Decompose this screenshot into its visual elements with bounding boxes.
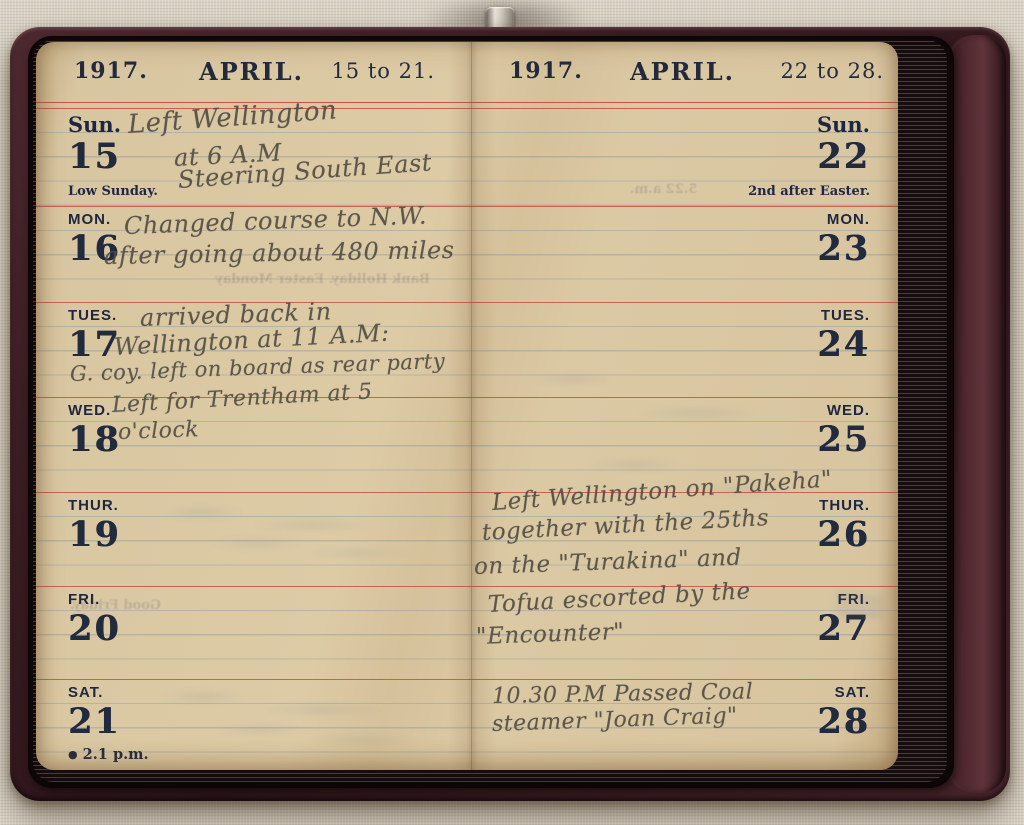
day-number: 20 <box>68 611 121 646</box>
day-abbr: FRI. <box>817 592 870 607</box>
day-abbr: THUR. <box>817 498 870 513</box>
day-number: 21 <box>68 704 121 739</box>
right-page-header: 1917. APRIL. 22 to 28. <box>467 42 898 102</box>
day-number: 26 <box>817 517 870 552</box>
ghost-text-good-friday: Good Friday. <box>70 598 161 613</box>
day-number: 23 <box>817 231 870 266</box>
day-abbr: SAT. <box>68 685 121 700</box>
day-label-apr27: FRI. 27 <box>817 592 870 646</box>
handwritten-entry-line: "Encounter" <box>476 619 625 650</box>
handwritten-entry-line: o'clock <box>118 417 200 445</box>
day-label-apr26: THUR. 26 <box>817 498 870 552</box>
day-label-apr23: MON. 23 <box>817 212 870 266</box>
moon-phase-note: ● 2.1 p.m. <box>68 746 149 763</box>
day-label-apr19: THUR. 19 <box>68 498 121 552</box>
day-number: 18 <box>68 422 121 457</box>
day-abbr: WED. <box>817 403 870 418</box>
day-number: 24 <box>817 327 870 362</box>
festival-label: 2nd after Easter. <box>748 184 870 199</box>
day-abbr: SAT. <box>817 685 870 700</box>
new-moon-icon: ● <box>68 748 78 761</box>
back-cover-flap-edge <box>948 35 1006 793</box>
day-abbr: TUES. <box>68 308 121 323</box>
day-label-apr22: Sun. 22 <box>817 114 870 174</box>
row-saturday: SAT. 21 ● 2.1 p.m. SAT. 28 <box>36 680 898 770</box>
right-date-range: 22 to 28. <box>780 59 884 83</box>
day-label-apr24: TUES. 24 <box>817 308 870 362</box>
day-number: 28 <box>817 704 870 739</box>
moon-time: 2.1 p.m. <box>83 746 149 763</box>
ghost-text-easter-monday: Bank Holiday. Easter Monday <box>150 272 430 287</box>
day-abbr: TUES. <box>817 308 870 323</box>
row-friday: FRI. 20 FRI. 27 <box>36 587 898 680</box>
header-band: 1917. APRIL. 15 to 21. 1917. APRIL. 22 t… <box>36 42 898 102</box>
day-label-apr21: SAT. 21 <box>68 685 121 739</box>
day-number: 19 <box>68 517 121 552</box>
day-abbr: Sun. <box>817 114 870 135</box>
diary-photo-scene: 1917. APRIL. 15 to 21. 1917. APRIL. 22 t… <box>0 0 1024 825</box>
open-diary-spread: 1917. APRIL. 15 to 21. 1917. APRIL. 22 t… <box>36 42 898 770</box>
day-label-apr28: SAT. 28 <box>817 685 870 739</box>
day-label-apr15: Sun. 15 <box>68 114 121 174</box>
festival-label: Low Sunday. <box>68 184 158 199</box>
day-abbr: Sun. <box>68 114 121 135</box>
left-page-header: 1917. APRIL. 15 to 21. <box>36 42 467 102</box>
day-label-apr25: WED. 25 <box>817 403 870 457</box>
left-date-range: 15 to 21. <box>331 59 435 83</box>
ghost-text-moon-time: 5.22 a.m. <box>630 182 697 197</box>
row-thursday: THUR. 19 THUR. 26 <box>36 493 898 587</box>
day-number: 25 <box>817 422 870 457</box>
day-number: 22 <box>817 139 870 174</box>
day-abbr: MON. <box>68 212 121 227</box>
day-abbr: MON. <box>817 212 870 227</box>
day-abbr: THUR. <box>68 498 121 513</box>
day-number: 27 <box>817 611 870 646</box>
day-number: 15 <box>68 139 121 174</box>
